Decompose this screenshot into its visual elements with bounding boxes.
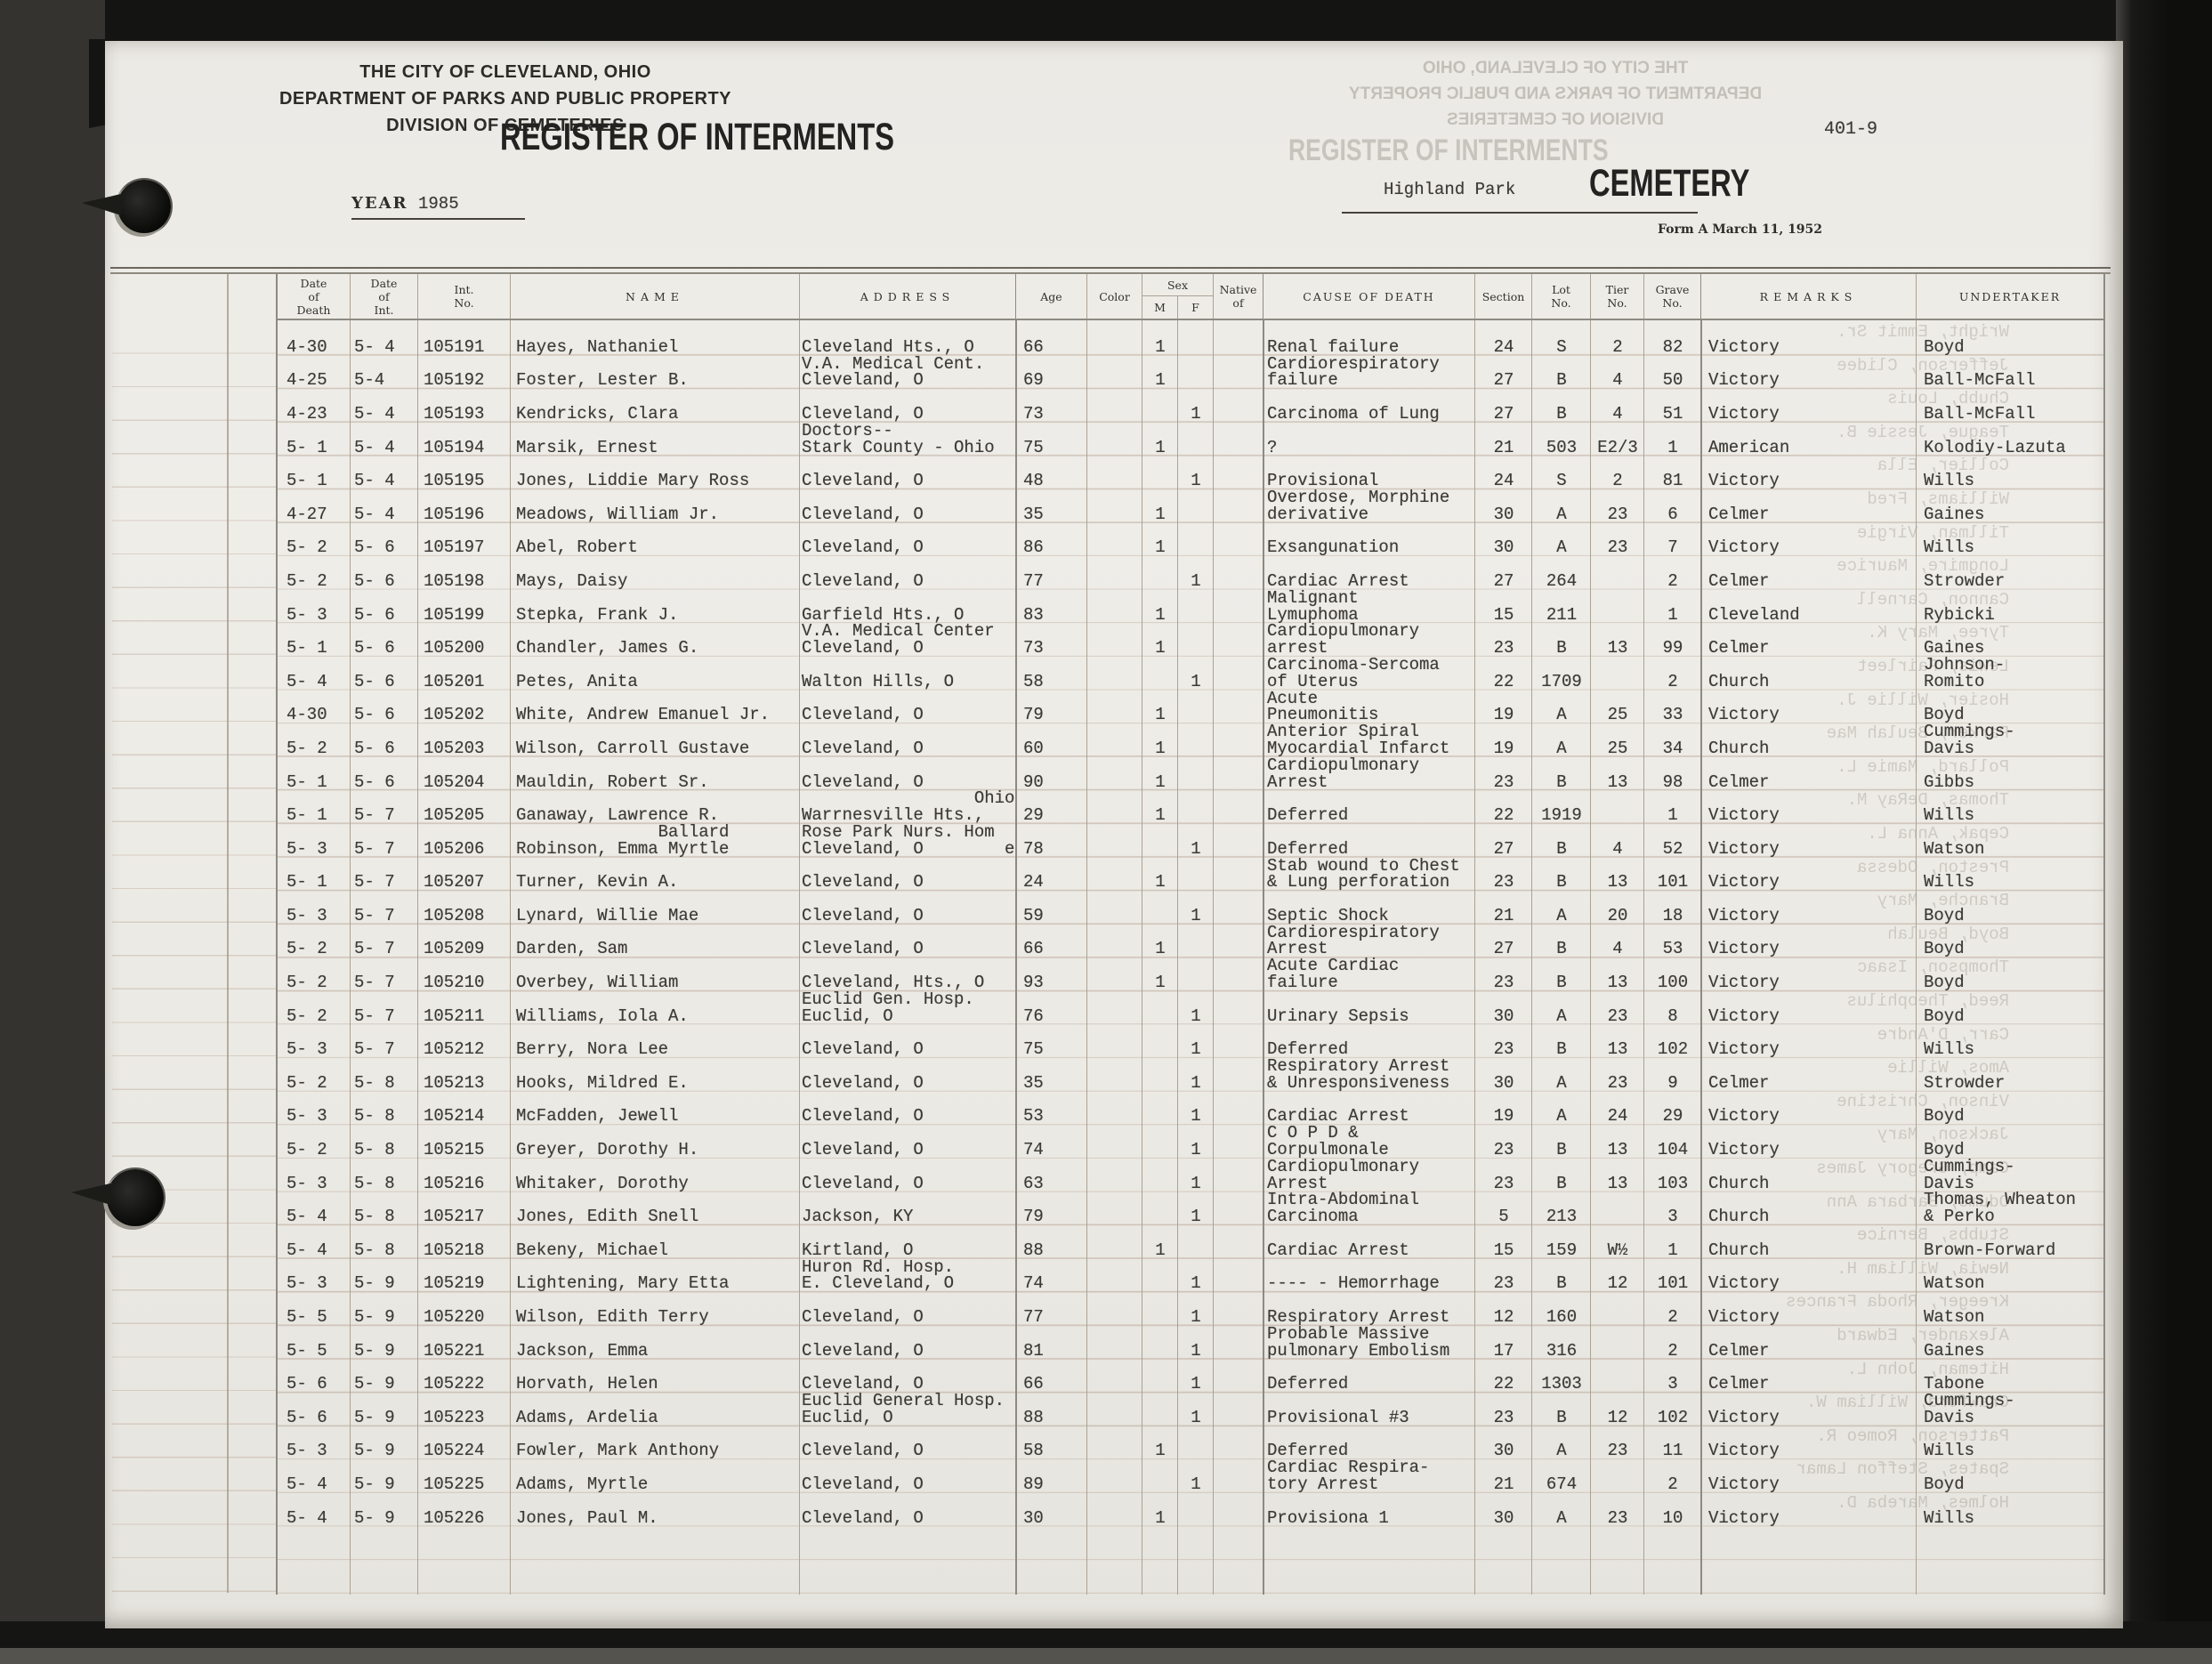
cell-text [1087, 974, 1142, 991]
cell-text: Church [1701, 1175, 1917, 1192]
cell-text: Victory [1701, 1008, 1917, 1025]
cell-no: 105222 [418, 1376, 511, 1393]
cell-text: 7 [1644, 539, 1701, 556]
cell-no: 105209 [418, 941, 511, 957]
cell-f: 1 [1178, 1075, 1214, 1092]
cell-di: 5- 6 [351, 573, 418, 590]
cell-text: 5- 6 [351, 774, 418, 791]
cell-no: 105205 [418, 807, 511, 824]
cell-native [1214, 1075, 1263, 1092]
cell-grave: 2 [1644, 1476, 1701, 1493]
cell-text: 674 [1532, 1476, 1591, 1493]
cell-name: Hooks, Mildred E. [511, 1075, 800, 1092]
cell-sec: 23 [1475, 1175, 1532, 1192]
cell-text: 5- 3 [278, 1442, 351, 1459]
cell-no: 105193 [418, 406, 511, 423]
year-underline [351, 218, 525, 220]
cell-text: 5- 8 [351, 1208, 418, 1225]
cell-text: 1 [1142, 440, 1178, 456]
cell-f [1178, 339, 1214, 356]
cell-text: 5- 3 [278, 607, 351, 624]
cell-grave: 104 [1644, 1142, 1701, 1159]
cell-text: Cleveland, O [800, 707, 1016, 723]
cell-sec: 30 [1475, 1442, 1532, 1459]
cell-lot: B [1532, 372, 1591, 389]
table-row: 5- 25- 7105211Williams, Iola A.Euclid Ge… [278, 991, 2103, 1025]
cell-text: 79 [1016, 1208, 1087, 1225]
table-row: 5- 35- 7105206 BallardRobinson, Emma Myr… [278, 824, 2103, 858]
cell-text: 21 [1475, 1476, 1532, 1493]
cell-age: 66 [1016, 941, 1087, 957]
cell-text: 1 [1142, 874, 1178, 891]
cell-color [1087, 640, 1142, 657]
cell-text: 30 [1475, 1075, 1532, 1092]
cell-text: Victory [1701, 473, 1917, 489]
table-row: 4-305- 4105191Hayes, NathanielCleveland … [278, 322, 2103, 356]
cell-text: Cleveland, O [800, 1510, 1016, 1527]
cell-text: Boyd [1917, 941, 2103, 957]
cell-text [1214, 1075, 1263, 1092]
cell-und: Wills [1917, 1442, 2103, 1459]
cell-f: 1 [1178, 1309, 1214, 1326]
cell-age: 75 [1016, 1041, 1087, 1058]
cell-und: Brown-Forward [1917, 1242, 2103, 1259]
cell-color [1087, 339, 1142, 356]
header-label: Date [301, 277, 327, 290]
cell-lot: 159 [1532, 1242, 1591, 1259]
binder-cover-top-edge [16, 0, 2178, 41]
cell-text: 12 [1475, 1309, 1532, 1326]
cell-text: 5- 3 [278, 1275, 351, 1292]
cell-text: Victory [1701, 874, 1917, 891]
cell-m [1142, 1075, 1178, 1092]
cell-native [1214, 1309, 1263, 1326]
cell-age: 79 [1016, 1208, 1087, 1225]
cell-text: 1 [1142, 707, 1178, 723]
cell-text: 13 [1591, 1142, 1644, 1159]
cell-text: 5- 1 [278, 440, 351, 456]
cell-addr: Cleveland, O [800, 1309, 1016, 1326]
cell-sec: 15 [1475, 1242, 1532, 1259]
table-row: 5- 55- 9105220Wilson, Edith TerryClevela… [278, 1292, 2103, 1326]
cell-m: 1 [1142, 339, 1178, 356]
cell-lot: B [1532, 640, 1591, 657]
cell-di: 5- 8 [351, 1108, 418, 1125]
scanned-register-page: THE CITY OF CLEVELAND, OHIO DEPARTMENT O… [0, 0, 2212, 1664]
cell-lot: 316 [1532, 1343, 1591, 1360]
cell-text: A [1532, 1442, 1591, 1459]
cell-addr: Jackson, KY [800, 1208, 1016, 1225]
cell-text: Wills [1917, 1510, 2103, 1527]
cell-sec: 27 [1475, 406, 1532, 423]
cell-text: 5- 5 [278, 1343, 351, 1360]
cell-text: 1 [1142, 539, 1178, 556]
cell-lot: B [1532, 774, 1591, 791]
cell-m: 1 [1142, 1442, 1178, 1459]
cell-text: Cleveland, O [800, 740, 1016, 757]
cell-no: 105214 [418, 1108, 511, 1125]
cell-lot: 160 [1532, 1309, 1591, 1326]
cell-text: 105226 [418, 1510, 511, 1527]
cell-text: Ballard [511, 824, 800, 841]
column-header-grave: GraveNo. [1644, 274, 1701, 319]
cell-text: Kendricks, Clara [511, 406, 800, 423]
cell-grave: 2 [1644, 1343, 1701, 1360]
table-row: 5- 35- 7105212Berry, Nora LeeCleveland, … [278, 1024, 2103, 1058]
cell-text: 1 [1178, 1476, 1214, 1493]
cell-text: 25 [1591, 740, 1644, 757]
cell-lot: 1303 [1532, 1376, 1591, 1393]
table-row: 5- 35- 9105224Fowler, Mark AnthonyClevel… [278, 1426, 2103, 1460]
cell-text: 5- 2 [278, 1142, 351, 1159]
cell-no: 105210 [418, 974, 511, 991]
cell-text: 4-23 [278, 406, 351, 423]
cell-f: 1 [1178, 1142, 1214, 1159]
header-label: Color [1099, 290, 1130, 303]
cell-text: 1 [1142, 1242, 1178, 1259]
table-row: 5- 35- 7105208Lynard, Willie MaeClevelan… [278, 891, 2103, 925]
cell-text [1214, 539, 1263, 556]
cell-lot: B [1532, 1410, 1591, 1426]
cell-text [1214, 1442, 1263, 1459]
cell-grave: 53 [1644, 941, 1701, 957]
cell-dd: 5- 2 [278, 1008, 351, 1025]
cell-text: Jones, Liddie Mary Ross [511, 473, 800, 489]
cell-text: Myocardial Infarct [1263, 740, 1475, 757]
cell-text: B [1532, 974, 1591, 991]
header-label: Death [297, 303, 331, 317]
cell-text: 159 [1532, 1242, 1591, 1259]
cell-text [1142, 1108, 1178, 1125]
cell-text: 35 [1016, 1075, 1087, 1092]
cemetery-name-underline [1342, 212, 1698, 214]
cell-m [1142, 406, 1178, 423]
cell-text: 13 [1591, 874, 1644, 891]
cell-text: 105191 [418, 339, 511, 356]
cell-native [1214, 1175, 1263, 1192]
table-row: 5- 65- 9105223Adams, ArdeliaEuclid Gener… [278, 1393, 2103, 1426]
cell-text: 48 [1016, 473, 1087, 489]
cell-m [1142, 1175, 1178, 1192]
cell-lot: B [1532, 841, 1591, 858]
cell-addr: Kirtland, O [800, 1242, 1016, 1259]
cell-text: 90 [1016, 774, 1087, 791]
cell-native [1214, 406, 1263, 423]
column-line [1263, 320, 1264, 1595]
cell-text: & Perko [1917, 1208, 2103, 1225]
cell-cause: Intra-AbdominalCarcinoma [1263, 1191, 1475, 1225]
cell-tier: 13 [1591, 1041, 1644, 1058]
cell-text: tory Arrest [1263, 1476, 1475, 1493]
cell-text: 105225 [418, 1476, 511, 1493]
cell-text: 5- 4 [351, 473, 418, 489]
cell-text: Deferred [1263, 841, 1475, 858]
column-header-sex: SexMF [1142, 274, 1214, 319]
cell-m: 1 [1142, 874, 1178, 891]
table-row: 5- 35- 9105219Lightening, Mary EttaHuron… [278, 1259, 2103, 1293]
cell-sec: 23 [1475, 874, 1532, 891]
cell-text: 13 [1591, 640, 1644, 657]
cell-name: McFadden, Jewell [511, 1108, 800, 1125]
cell-text: 93 [1016, 974, 1087, 991]
cell-text [1591, 1343, 1644, 1360]
cell-text: Cleveland, O [800, 908, 1016, 925]
cell-native [1214, 674, 1263, 691]
cell-lot: A [1532, 707, 1591, 723]
cell-text: 10 [1644, 1510, 1701, 1527]
cell-cause: CardiorespiratoryArrest [1263, 925, 1475, 958]
cell-text: Carcinoma of Lung [1263, 406, 1475, 423]
sex-header-group: SexMF [1142, 274, 1213, 319]
cell-text: Cleveland, O [800, 1142, 1016, 1159]
cell-text: 105214 [418, 1108, 511, 1125]
cell-di: 5-4 [351, 372, 418, 389]
cell-lot: B [1532, 874, 1591, 891]
cell-di: 5- 7 [351, 908, 418, 925]
cell-text: 5- 8 [351, 1242, 418, 1259]
cell-text: 5- 6 [278, 1376, 351, 1393]
cell-dd: 5- 3 [278, 841, 351, 858]
cell-native [1214, 1442, 1263, 1459]
cell-m [1142, 1275, 1178, 1292]
cell-f [1178, 774, 1214, 791]
cell-text: 105206 [418, 841, 511, 858]
cell-color [1087, 1309, 1142, 1326]
cell-dd: 5- 6 [278, 1376, 351, 1393]
cell-text: Darden, Sam [511, 941, 800, 957]
cell-text [1214, 440, 1263, 456]
cell-grave: 1 [1644, 440, 1701, 456]
cell-text: 15 [1475, 1242, 1532, 1259]
cell-m: 1 [1142, 707, 1178, 723]
table-row: 5- 35- 6105199Stepka, Frank J.Garfield H… [278, 590, 2103, 624]
cell-f [1178, 707, 1214, 723]
form-note: Form A March 11, 1952 [1658, 222, 1822, 237]
cell-text: Gaines [1917, 506, 2103, 523]
cell-age: 60 [1016, 740, 1087, 757]
cell-text [1142, 1309, 1178, 1326]
column-header-age: Age [1016, 274, 1087, 319]
cell-text: 5- 2 [278, 1075, 351, 1092]
cell-cause: Urinary Sepsis [1263, 1008, 1475, 1025]
cell-text: 3 [1644, 1376, 1701, 1393]
cell-addr: Cleveland, O [800, 473, 1016, 489]
cell-age: 48 [1016, 473, 1087, 489]
cell-sec: 23 [1475, 774, 1532, 791]
cell-text: Jones, Edith Snell [511, 1208, 800, 1225]
cell-text: Meadows, William Jr. [511, 506, 800, 523]
cell-text: Brown-Forward [1917, 1242, 2103, 1259]
cell-tier: 12 [1591, 1275, 1644, 1292]
cell-grave: 51 [1644, 406, 1701, 423]
cell-tier: 23 [1591, 1510, 1644, 1527]
cell-text [1178, 707, 1214, 723]
cell-m [1142, 674, 1178, 691]
cell-rem: Celmer [1701, 774, 1917, 791]
cell-text [1591, 607, 1644, 624]
cell-native [1214, 707, 1263, 723]
cell-text: 9 [1644, 1075, 1701, 1092]
cell-di: 5- 8 [351, 1242, 418, 1259]
cell-age: 58 [1016, 674, 1087, 691]
cell-m [1142, 1108, 1178, 1125]
cell-text: Bekeny, Michael [511, 1242, 800, 1259]
cell-text: Hooks, Mildred E. [511, 1075, 800, 1092]
cell-text: B [1532, 406, 1591, 423]
cell-f: 1 [1178, 1041, 1214, 1058]
table-row: 5- 25- 6105197Abel, RobertCleveland, O86… [278, 523, 2103, 557]
cell-no: 105208 [418, 908, 511, 925]
cell-text: Lightening, Mary Etta [511, 1275, 800, 1292]
cell-text: 102 [1644, 1410, 1701, 1426]
cell-name: Horvath, Helen [511, 1376, 800, 1393]
cell-addr: Cleveland, O [800, 1075, 1016, 1092]
cemetery-name: Highland Park [1384, 180, 1515, 199]
cell-lot: B [1532, 1175, 1591, 1192]
cell-name: Abel, Robert [511, 539, 800, 556]
cell-text: 34 [1644, 740, 1701, 757]
cell-tier: 24 [1591, 1108, 1644, 1125]
cell-text: Celmer [1701, 774, 1917, 791]
cell-rem: Victory [1701, 1041, 1917, 1058]
cell-text: 105221 [418, 1343, 511, 1360]
header-label: of [308, 290, 319, 303]
cell-text: 105197 [418, 539, 511, 556]
cell-text: 5- 7 [351, 941, 418, 957]
cell-und: Wills [1917, 1041, 2103, 1058]
cell-text [1214, 1108, 1263, 1125]
cell-text: Victory [1701, 807, 1917, 824]
cell-text: B [1532, 774, 1591, 791]
table-row: 5- 45- 8105217Jones, Edith SnellJackson,… [278, 1191, 2103, 1225]
cell-text: 33 [1644, 707, 1701, 723]
cell-text: Adams, Ardelia [511, 1410, 800, 1426]
cell-name: Foster, Lester B. [511, 372, 800, 389]
cell-f [1178, 640, 1214, 657]
cell-und: Boyd [1917, 974, 2103, 991]
cell-cause: AcutePneumonitis [1263, 691, 1475, 724]
cell-text: ---- - Hemorrhage [1263, 1275, 1475, 1292]
cell-di: 5- 7 [351, 974, 418, 991]
cell-text: 1303 [1532, 1376, 1591, 1393]
cell-text: 5- 8 [351, 1108, 418, 1125]
cell-age: 66 [1016, 1376, 1087, 1393]
cell-text: White, Andrew Emanuel Jr. [511, 707, 800, 723]
cell-tier: 23 [1591, 1075, 1644, 1092]
cell-age: 73 [1016, 406, 1087, 423]
document-page: THE CITY OF CLEVELAND, OHIO DEPARTMENT O… [105, 41, 2123, 1628]
cell-text: 24 [1475, 473, 1532, 489]
cell-text: 19 [1475, 740, 1532, 757]
cell-no: 105206 [418, 841, 511, 858]
cell-grave: 82 [1644, 339, 1701, 356]
cell-f: 1 [1178, 841, 1214, 858]
cell-text [1214, 1041, 1263, 1058]
cell-color [1087, 1075, 1142, 1092]
cell-text: 53 [1644, 941, 1701, 957]
cell-sec: 23 [1475, 1142, 1532, 1159]
cell-text: 5- 6 [351, 607, 418, 624]
cell-di: 5- 7 [351, 1041, 418, 1058]
cell-text: 2 [1591, 339, 1644, 356]
header-label: ADDRESS [860, 290, 956, 303]
cell-lot: 1709 [1532, 674, 1591, 691]
cell-rem: Celmer [1701, 1343, 1917, 1360]
cell-text [1087, 406, 1142, 423]
cell-cause: Cardiac Arrest [1263, 1242, 1475, 1259]
cell-text: 5- 3 [278, 908, 351, 925]
cell-text: 105194 [418, 440, 511, 456]
cell-text: 51 [1644, 406, 1701, 423]
cell-f: 1 [1178, 573, 1214, 590]
cell-addr: Cleveland, O [800, 1510, 1016, 1527]
cell-text: Victory [1701, 339, 1917, 356]
cell-sec: 22 [1475, 807, 1532, 824]
cell-tier [1591, 1208, 1644, 1225]
cell-m [1142, 1376, 1178, 1393]
cell-text: Strowder [1917, 573, 2103, 590]
cell-text: failure [1263, 974, 1475, 991]
cell-text: 1 [1178, 1108, 1214, 1125]
cell-text: 23 [1475, 974, 1532, 991]
cell-addr: Doctors--Stark County - Ohio [800, 423, 1016, 456]
cell-text [1087, 1208, 1142, 1225]
cell-cause: C O P D &Corpulmonale [1263, 1125, 1475, 1159]
cell-text: 5- 4 [278, 674, 351, 691]
cell-text [1087, 1410, 1142, 1426]
cell-name: Chandler, James G. [511, 640, 800, 657]
cell-text: 105204 [418, 774, 511, 791]
cell-text [1178, 372, 1214, 389]
cell-text: 75 [1016, 440, 1087, 456]
cell-di: 5- 9 [351, 1275, 418, 1292]
cell-lot: A [1532, 1510, 1591, 1527]
cell-m: 1 [1142, 974, 1178, 991]
cell-text: 4 [1591, 406, 1644, 423]
cell-rem: Victory [1701, 339, 1917, 356]
column-header-undertaker: UNDERTAKER [1917, 274, 2103, 319]
cell-und: Watson [1917, 1309, 2103, 1326]
cell-text: Boyd [1917, 339, 2103, 356]
cell-native [1214, 573, 1263, 590]
cell-dd: 5- 5 [278, 1343, 351, 1360]
cell-text [1214, 1476, 1263, 1493]
cell-text [1087, 1476, 1142, 1493]
table-row: 5- 25- 8105213Hooks, Mildred E.Cleveland… [278, 1058, 2103, 1092]
column-line [350, 320, 351, 1595]
cell-text [1591, 1309, 1644, 1326]
cell-rem: Victory [1701, 1309, 1917, 1326]
bleedthrough-header: THE CITY OF CLEVELAND, OHIO DEPARTMENT O… [1271, 55, 1840, 133]
column-header-lot: LotNo. [1532, 274, 1591, 319]
cell-text: 211 [1532, 607, 1591, 624]
cell-text: 13 [1591, 1041, 1644, 1058]
cell-lot: A [1532, 1075, 1591, 1092]
cell-grave: 1 [1644, 607, 1701, 624]
cell-text: 101 [1644, 1275, 1701, 1292]
cell-color [1087, 1108, 1142, 1125]
cell-text [1214, 740, 1263, 757]
cell-cause: Probable Massivepulmonary Embolism [1263, 1326, 1475, 1360]
cell-color [1087, 1242, 1142, 1259]
cell-name: Turner, Kevin A. [511, 874, 800, 891]
cell-no: 105192 [418, 372, 511, 389]
table-row: 5- 15- 7105205Ganaway, Lawrence R. OhioW… [278, 790, 2103, 824]
cell-text: 5- 4 [278, 1510, 351, 1527]
cell-no: 105223 [418, 1410, 511, 1426]
table-row: 5- 45- 6105201Petes, AnitaWalton Hills, … [278, 657, 2103, 691]
cell-text: Provisiona 1 [1263, 1510, 1475, 1527]
